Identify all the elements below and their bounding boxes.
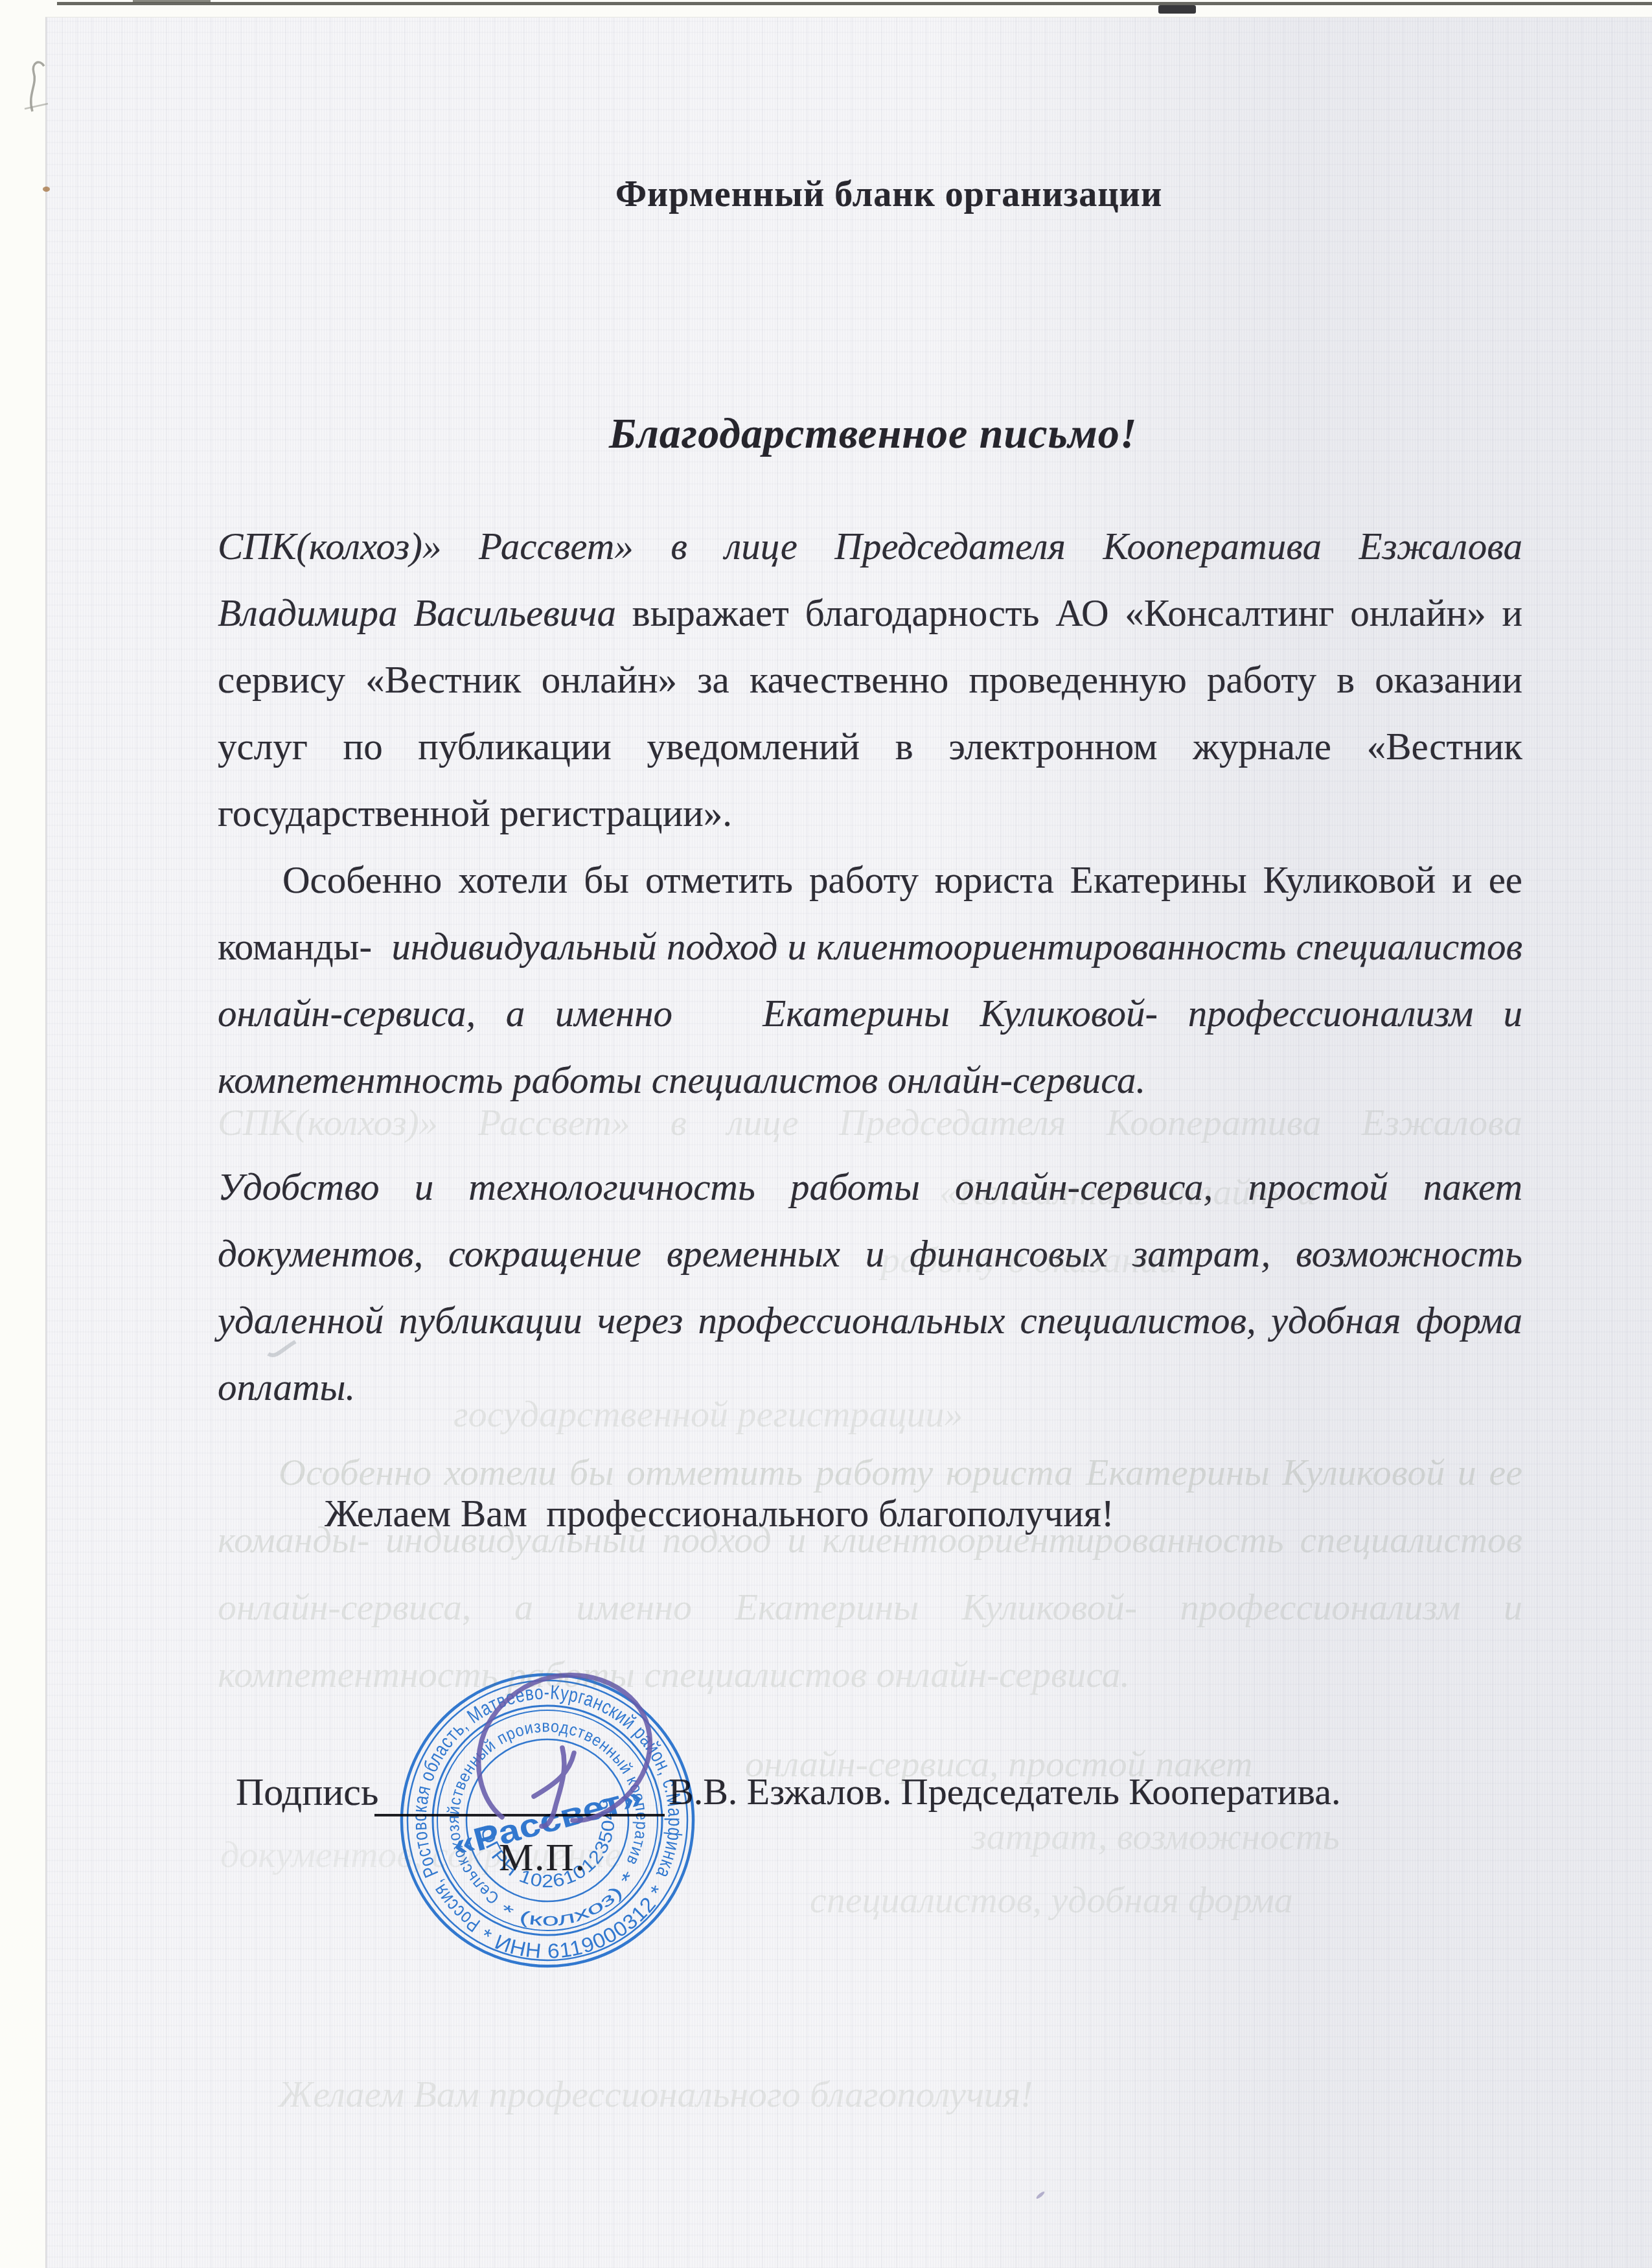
ghost-text: работу в оказании [881,1237,1178,1283]
letter-line: документов, сокращение временных и финан… [218,1220,1522,1287]
scanned-letter: Фирменный бланк организации Благодарстве… [0,0,1652,2268]
paper-speck [43,187,50,192]
svg-text:* ИНН 6119000312 *: * ИНН 6119000312 * [472,1876,680,1984]
ghost-text: затрат, возможность [972,1814,1340,1859]
signature-label: Подпись [236,1770,378,1815]
scan-edge-dash [133,0,211,3]
ghost-text: «Консалтинг онлайн» и [939,1169,1316,1215]
ghost-text: государственной регистрации» [453,1392,963,1437]
stamp-inn-text: * ИНН 6119000312 * [472,1876,680,1984]
scan-edge-artifact [1158,5,1196,14]
letter-line: СПК(колхоз)» Рассвет» в лице Председател… [218,513,1522,580]
letter-line: государственной регистрации». [218,780,1522,847]
pencil-mark [18,47,63,118]
ghost-text: СПК(колхоз)» Рассвет» в лице Председател… [218,1100,1522,1145]
ghost-text: документов, сокращение [220,1832,621,1877]
letter-line: команды- индивидуальный подход и клиенто… [218,913,1522,980]
ghost-text: онлайн-сервиса, а именно Екатерины Кулик… [218,1585,1522,1630]
letter-line: Владимира Васильевича выражает благодарн… [218,580,1522,647]
ghost-text: Особенно хотели бы отметить работу юрист… [279,1450,1522,1495]
letter-line: удаленной публикации через профессиональ… [218,1287,1522,1354]
letter-line: услуг по публикации уведомлений в электр… [218,713,1522,780]
letter-line: онлайн-сервиса, а именно Екатерины Кулик… [218,980,1522,1047]
letter-line: сервису «Вестник онлайн» за качественно … [218,647,1522,713]
ghost-text: Желаем Вам профессионального благополучи… [279,2072,1033,2117]
letterhead-note: Фирменный бланк организации [615,174,1162,215]
ghost-text: команды- индивидуальный подход и клиенто… [218,1517,1522,1563]
scan-edge-line [57,2,1652,5]
letter-line: Удобство и технологичность работы онлайн… [218,1154,1522,1220]
ghost-text: онлайн-сервиса, простой пакет [745,1741,1253,1787]
ghost-text: компетентность работы специалистов онлай… [218,1652,1130,1697]
ghost-text: специалистов, удобная форма [810,1877,1293,1923]
letter-line: Особенно хотели бы отметить работу юрист… [218,847,1522,913]
letter-title: Благодарственное письмо! [609,409,1137,459]
